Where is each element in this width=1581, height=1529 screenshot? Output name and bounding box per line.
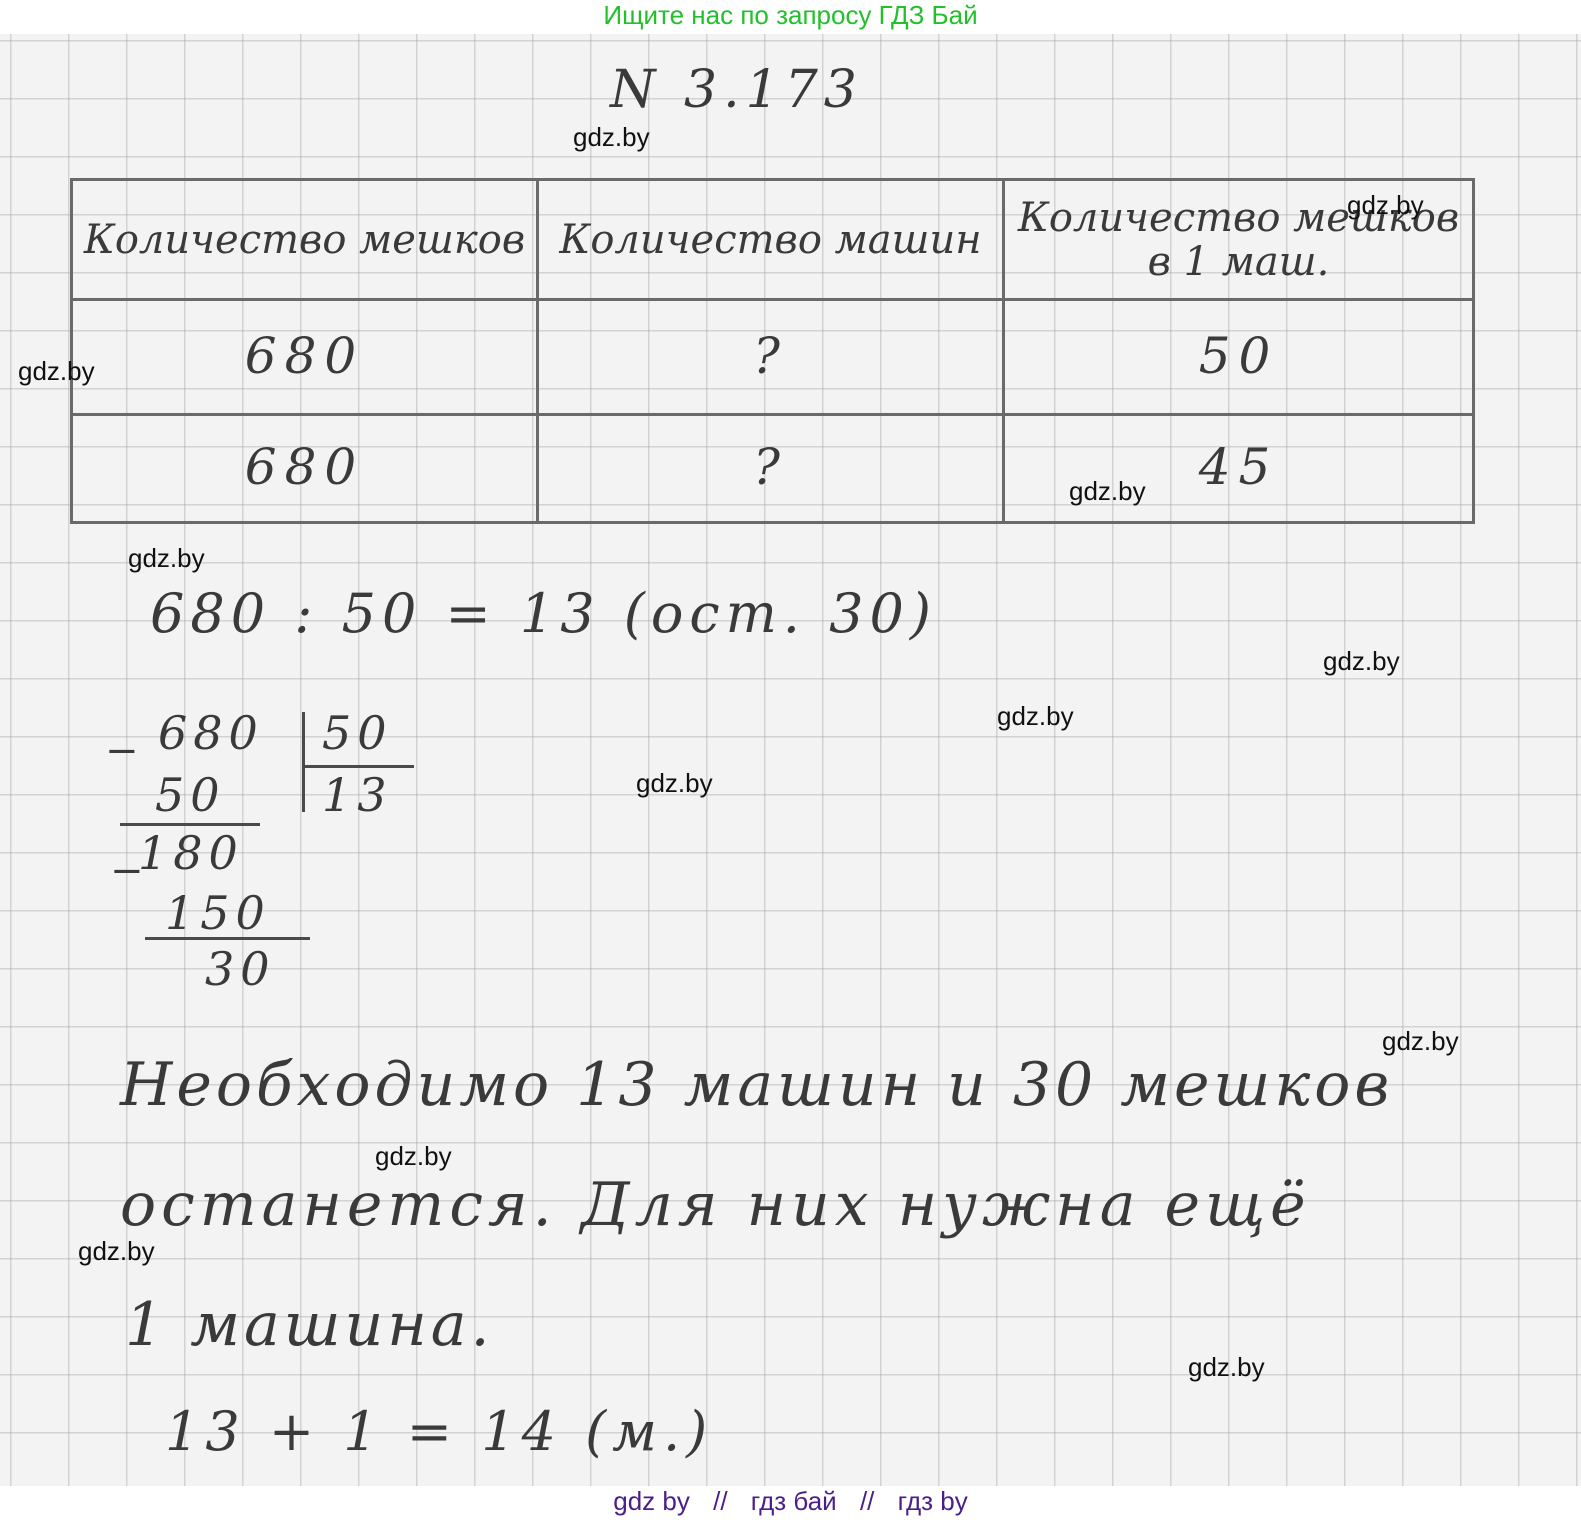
cell-bags-per-truck: 50	[1005, 298, 1472, 413]
header-bags: Количество мешков	[73, 181, 539, 298]
step1-subtrahend: 50	[155, 768, 226, 822]
watermark: gdz.by	[78, 1236, 155, 1267]
step2-subtrahend: 150	[165, 886, 271, 940]
remainder: 30	[205, 942, 276, 996]
quotient: 13	[322, 768, 393, 822]
watermark: gdz.by	[573, 122, 650, 153]
watermark: gdz.by	[128, 543, 205, 574]
divisor: 50	[322, 706, 393, 760]
watermark: gdz.by	[1347, 190, 1424, 221]
cell-trucks: ?	[539, 413, 1005, 521]
bottom-banner-text: гдз by	[898, 1486, 968, 1516]
table-row: 680 ? 50	[73, 298, 1472, 416]
bottom-banner-text: гдз бай	[751, 1486, 837, 1516]
problem-number: N 3.173	[610, 60, 863, 120]
watermark: gdz.by	[18, 356, 95, 387]
division-equation: 680 : 50 = 13 (ост. 30)	[150, 582, 937, 645]
watermark: gdz.by	[1188, 1352, 1265, 1383]
data-table: Количество мешков Количество машин Колич…	[70, 178, 1475, 524]
cell-bags: 680	[73, 298, 539, 413]
answer-line-1: Необходимо 13 машин и 30 мешков	[120, 1050, 1393, 1120]
table-row: 680 ? 45	[73, 413, 1472, 521]
watermark: gdz.by	[997, 701, 1074, 732]
bottom-banner-separator: //	[860, 1486, 874, 1516]
final-equation: 13 + 1 = 14 (м.)	[165, 1400, 713, 1463]
answer-line-3: 1 машина.	[125, 1290, 494, 1360]
top-banner: Ищите нас по запросу ГДЗ Бай	[0, 0, 1581, 34]
header-trucks: Количество машин	[539, 181, 1005, 298]
watermark: gdz.by	[636, 768, 713, 799]
step2-value: 180	[138, 826, 244, 880]
bottom-banner-separator: //	[713, 1486, 727, 1516]
bottom-banner: gdz by // гдз бай // гдз by	[0, 1486, 1581, 1529]
minus-sign: −	[105, 728, 139, 774]
cell-trucks: ?	[539, 298, 1005, 413]
dividend: 680	[158, 706, 264, 760]
answer-line-2: останется. Для них нужна ещё	[120, 1170, 1311, 1240]
watermark: gdz.by	[1382, 1026, 1459, 1057]
bottom-banner-text: gdz by	[613, 1486, 690, 1516]
watermark: gdz.by	[375, 1141, 452, 1172]
division-bracket-vertical	[302, 712, 305, 812]
watermark: gdz.by	[1323, 646, 1400, 677]
watermark: gdz.by	[1069, 476, 1146, 507]
cell-bags: 680	[73, 413, 539, 521]
table-header-row: Количество мешков Количество машин Колич…	[73, 181, 1472, 301]
step2-underline	[145, 937, 310, 940]
